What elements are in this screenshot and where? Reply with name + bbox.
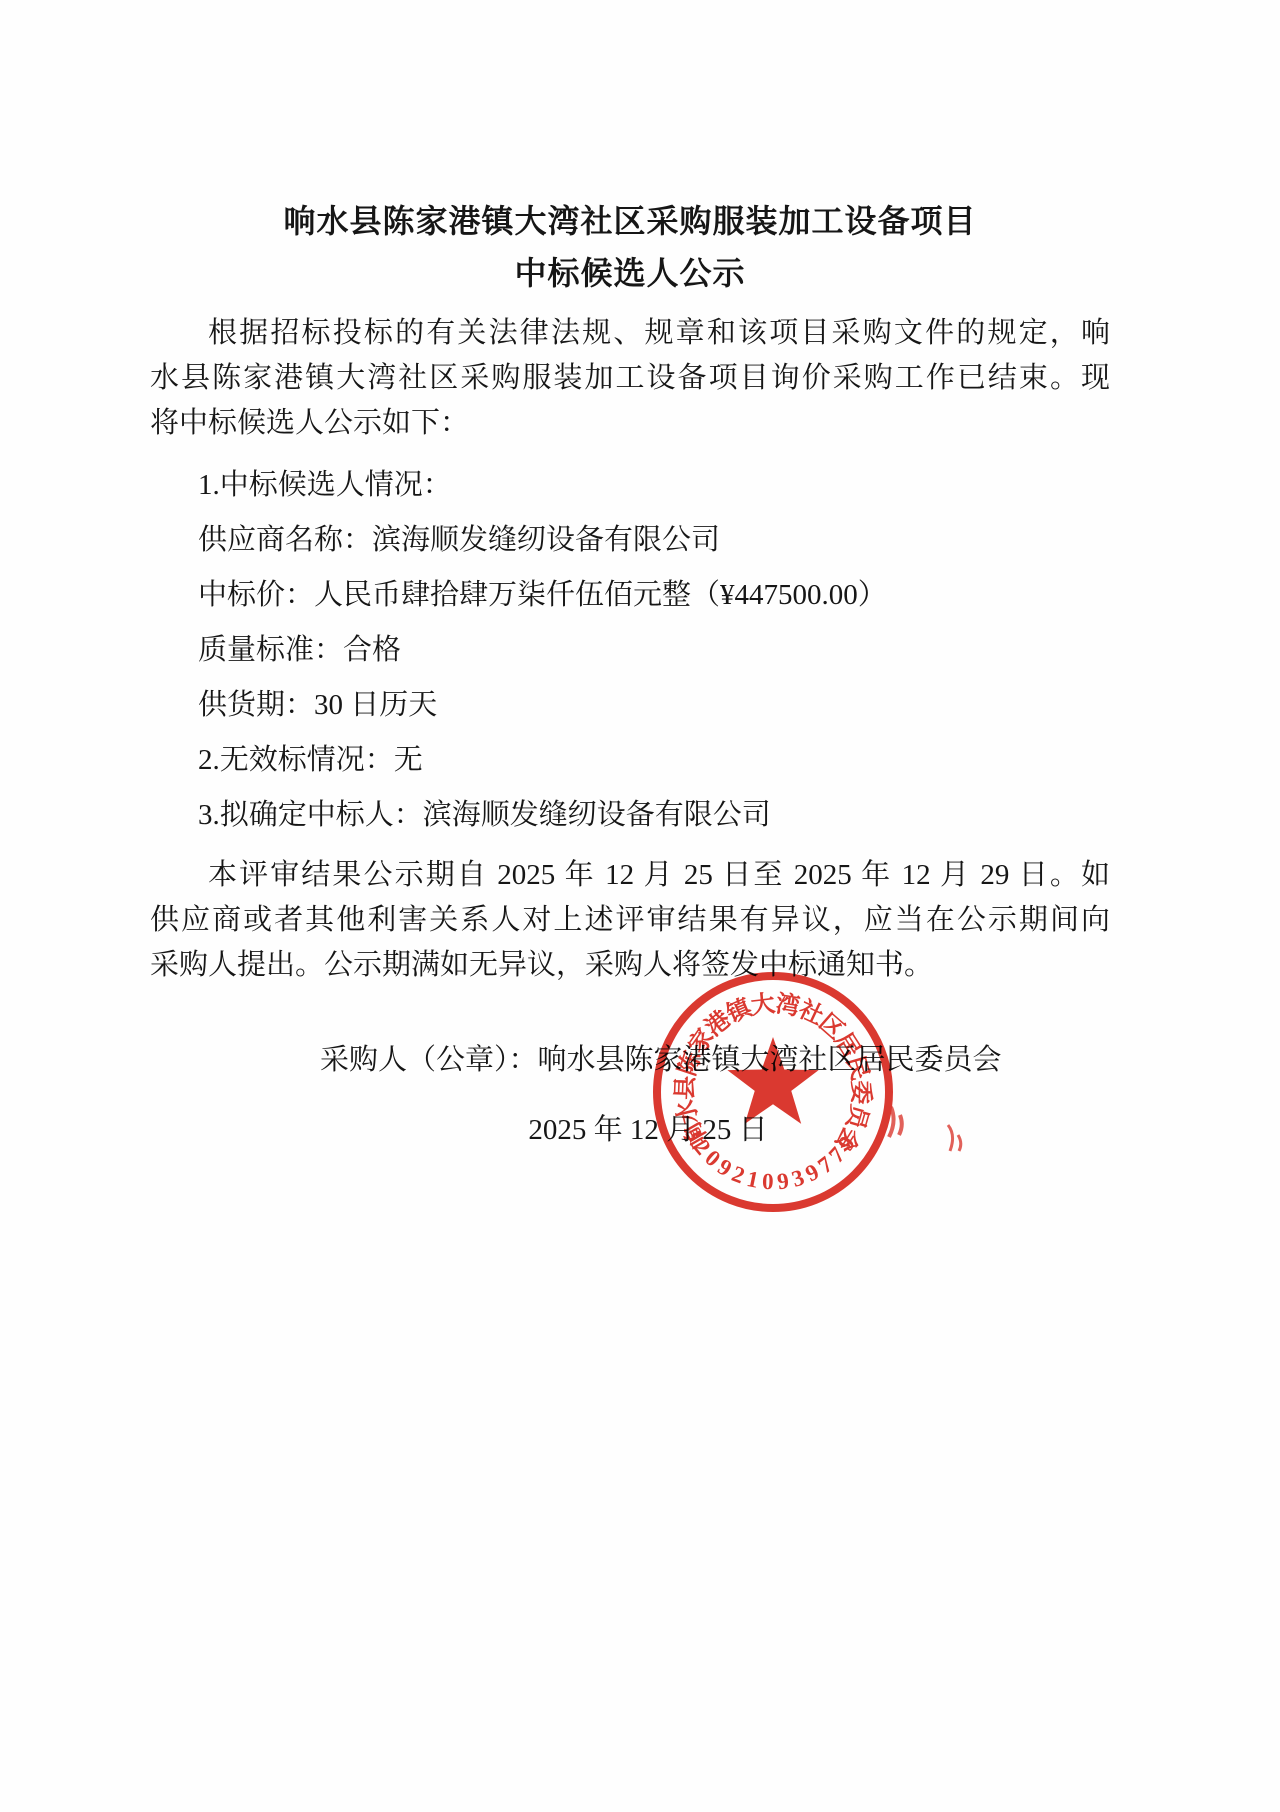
candidate-details-list: 1.中标候选人情况： 供应商名称：滨海顺发缝纫设备有限公司 中标价：人民币肆拾肆… xyxy=(150,458,1110,843)
document-title-line2: 中标候选人公示 xyxy=(150,247,1110,299)
list-item-supplier-name: 供应商名称：滨海顺发缝纫设备有限公司 xyxy=(150,513,1110,568)
signature-date-line: 2025 年 12 月 25 日 xyxy=(168,1108,1128,1153)
list-item-delivery-period: 供货期：30 日历天 xyxy=(150,678,1110,733)
intro-line: 将中标候选人公示如下： xyxy=(150,401,1110,446)
publicity-line: 采购人提出。公示期满如无异议，采购人将签发中标通知书。 xyxy=(150,943,1110,988)
document-title-line1: 响水县陈家港镇大湾社区采购服装加工设备项目 xyxy=(150,195,1110,247)
list-item-bid-price: 中标价：人民币肆拾肆万柒仟伍佰元整（¥447500.00） xyxy=(150,568,1110,623)
list-item-quality-standard: 质量标准：合格 xyxy=(150,623,1110,678)
intro-line: 根据招标投标的有关法律法规、规章和该项目采购文件的规定，响 xyxy=(150,311,1110,356)
list-item-invalid-bids: 2.无效标情况：无 xyxy=(150,733,1110,788)
intro-line: 水县陈家港镇大湾社区采购服装加工设备项目询价采购工作已结束。现 xyxy=(150,356,1110,401)
publicity-line: 供应商或者其他利害关系人对上述评审结果有异议，应当在公示期间向 xyxy=(150,898,1110,943)
list-item-candidate-heading: 1.中标候选人情况： xyxy=(150,458,1110,513)
publicity-period-paragraph: 本评审结果公示期自 2025 年 12 月 25 日至 2025 年 12 月 … xyxy=(150,853,1110,988)
page: { "title": { "line1": "响水县陈家港镇大湾社区采购服装加工… xyxy=(0,0,1280,1812)
intro-paragraph: 根据招标投标的有关法律法规、规章和该项目采购文件的规定，响 水县陈家港镇大湾社区… xyxy=(150,311,1110,446)
notice-document: 响水县陈家港镇大湾社区采购服装加工设备项目 中标候选人公示 根据招标投标的有关法… xyxy=(150,195,1110,1153)
publicity-line: 本评审结果公示期自 2025 年 12 月 25 日至 2025 年 12 月 … xyxy=(150,853,1110,898)
list-item-proposed-winner: 3.拟确定中标人：滨海顺发缝纫设备有限公司 xyxy=(150,788,1110,843)
purchaser-signature-line: 采购人（公章）：响水县陈家港镇大湾社区居民委员会 xyxy=(150,1038,1110,1083)
